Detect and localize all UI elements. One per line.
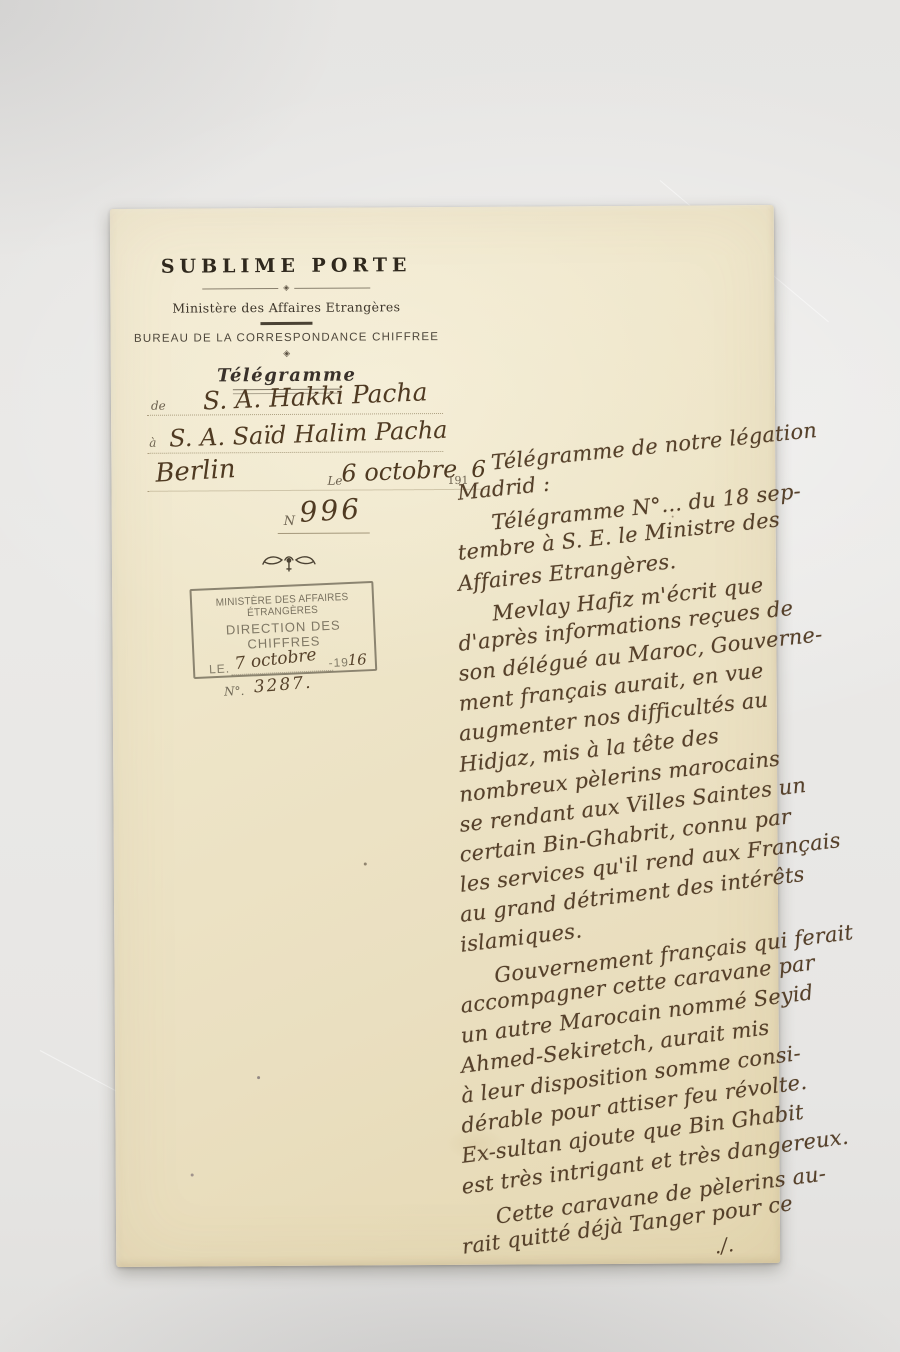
paper-speck: [257, 1076, 260, 1079]
photo-backdrop: SUBLIME PORTE ◈ Ministère des Affaires E…: [0, 0, 900, 1352]
handwritten-message: Télégramme de notre légationMadrid :Télé…: [110, 205, 780, 1267]
paper-speck: [364, 862, 367, 865]
paper-speck: [191, 1174, 194, 1177]
handwriting-line: Madrid :: [456, 472, 551, 505]
handwriting-line: Télégramme de notre légation: [490, 418, 818, 475]
paper-speck: [672, 516, 674, 518]
continuation-mark: ./.: [712, 1232, 735, 1259]
paper-stain: [445, 1127, 505, 1161]
telegram-document: SUBLIME PORTE ◈ Ministère des Affaires E…: [110, 205, 780, 1267]
